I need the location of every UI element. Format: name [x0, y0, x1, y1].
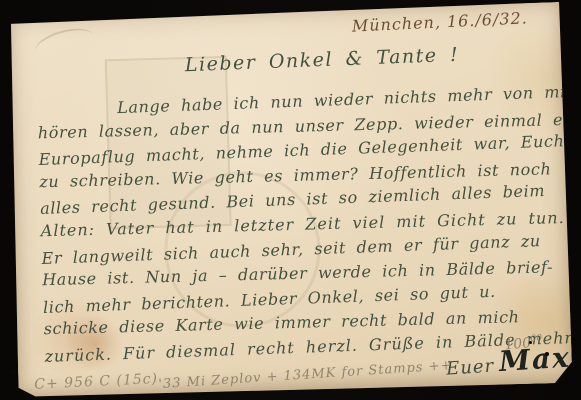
dust-speck: [11, 370, 16, 375]
price-superscript: 00: [530, 333, 542, 344]
salutation: Lieber Onkel & Tante !: [185, 44, 460, 77]
postcard: München, 16./6/32. Lieber Onkel & Tante …: [7, 2, 572, 399]
dateline: München, 16./6/32.: [351, 8, 528, 35]
letter-body: Lange habe ich nun wieder nichts mehr vo…: [37, 82, 564, 368]
photo-mount-background: München, 16./6/32. Lieber Onkel & Tante …: [0, 0, 581, 400]
signature-prefix: Euer: [446, 356, 495, 380]
dust-speck: [545, 352, 549, 356]
dust-speck: [529, 341, 532, 344]
catalog-annotation-left: C+ 956 C (15c): [34, 371, 158, 393]
price-value: 100: [504, 335, 532, 354]
pencil-scribble-mark: [32, 23, 97, 64]
